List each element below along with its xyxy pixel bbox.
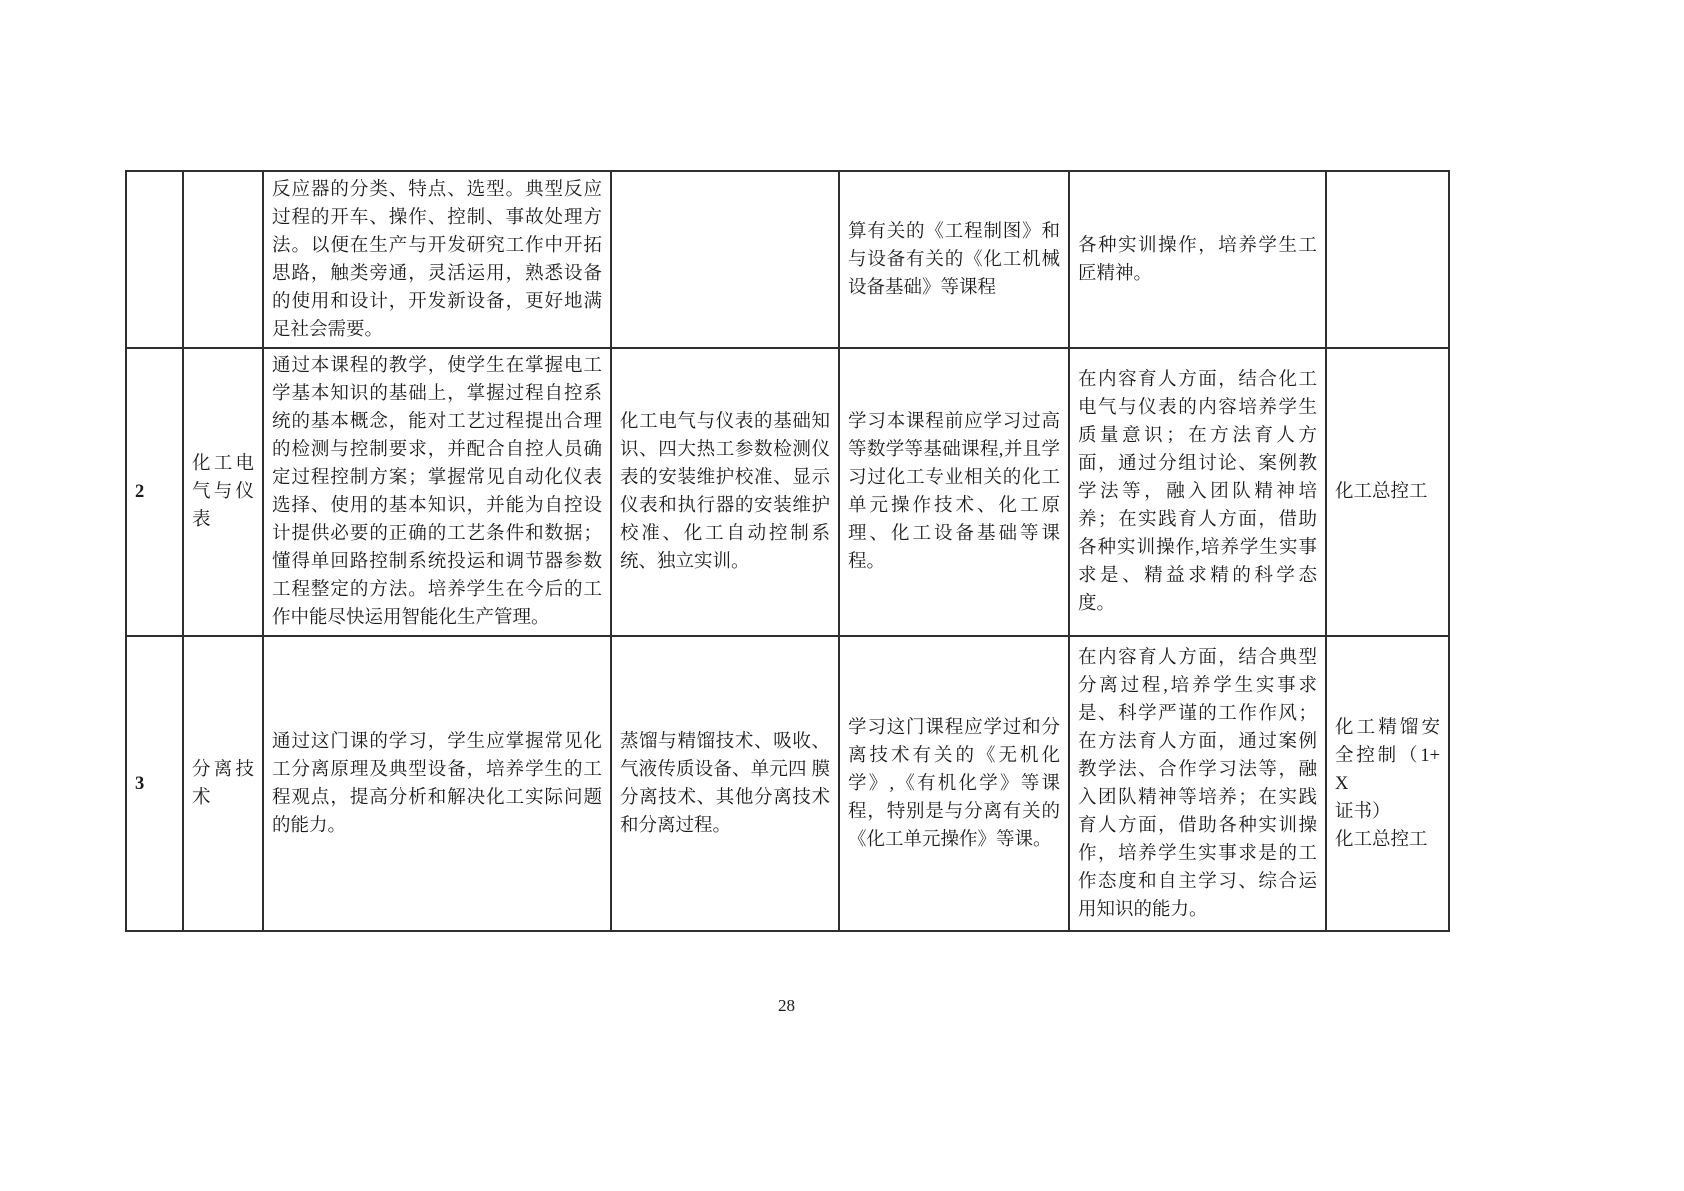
page-number: 28 <box>125 995 1448 1017</box>
row1-prerequisites-cell: 算有关的《工程制图》和与设备有关的《化工机械设备基础》等课程 <box>839 171 1069 348</box>
row1-number-cell <box>126 171 183 348</box>
row3-content-cell: 蒸馏与精馏技术、吸收、气液传质设备、单元四 膜分离技术、其他分离技术和分离过程。 <box>611 636 839 931</box>
row1-course-name-cell <box>183 171 263 348</box>
row2-content-cell: 化工电气与仪表的基础知识、四大热工参数检测仪表的安装维护校准、显示仪表和执行器的… <box>611 348 839 636</box>
row1-certificate-cell <box>1326 171 1449 348</box>
table-container: 反应器的分类、特点、选型。典型反应过程的开车、操作、控制、事故处理方法。以便在生… <box>125 170 1448 932</box>
table-row: 3 分离技术 通过这门课的学习，学生应掌握常见化工分离原理及典型设备，培养学生的… <box>126 636 1449 931</box>
row2-number-cell: 2 <box>126 348 183 636</box>
row2-moral-education-cell: 在内容育人方面，结合化工电气与仪表的内容培养学生质量意识；在方法育人方面，通过分… <box>1069 348 1326 636</box>
row1-content-cell <box>611 171 839 348</box>
table-row: 反应器的分类、特点、选型。典型反应过程的开车、操作、控制、事故处理方法。以便在生… <box>126 171 1449 348</box>
row3-moral-education-cell: 在内容育人方面，结合典型分离过程,培养学生实事求是、科学严谨的工作作风；在方法育… <box>1069 636 1326 931</box>
row3-prerequisites-cell: 学习这门课程应学过和分离技术有关的《无机化学》,《有机化学》等课程，特别是与分离… <box>839 636 1069 931</box>
row1-description-cell: 反应器的分类、特点、选型。典型反应过程的开车、操作、控制、事故处理方法。以便在生… <box>263 171 611 348</box>
row3-number-cell: 3 <box>126 636 183 931</box>
row1-moral-education-cell: 各种实训操作，培养学生工匠精神。 <box>1069 171 1326 348</box>
row2-certificate-cell: 化工总控工 <box>1326 348 1449 636</box>
table-row: 2 化工电气与仪表 通过本课程的教学，使学生在掌握电工学基本知识的基础上，掌握过… <box>126 348 1449 636</box>
row3-course-name-cell: 分离技术 <box>183 636 263 931</box>
curriculum-table: 反应器的分类、特点、选型。典型反应过程的开车、操作、控制、事故处理方法。以便在生… <box>125 170 1450 932</box>
row2-prerequisites-cell: 学习本课程前应学习过高等数学等基础课程,并且学习过化工专业相关的化工单元操作技术… <box>839 348 1069 636</box>
row2-course-name-cell: 化工电气与仪表 <box>183 348 263 636</box>
row3-certificate-cell: 化工精馏安全控制（1+X 证书） 化工总控工 <box>1326 636 1449 931</box>
row3-description-cell: 通过这门课的学习，学生应掌握常见化工分离原理及典型设备，培养学生的工程观点，提高… <box>263 636 611 931</box>
document-page: 反应器的分类、特点、选型。典型反应过程的开车、操作、控制、事故处理方法。以便在生… <box>0 0 1684 1191</box>
row2-description-cell: 通过本课程的教学，使学生在掌握电工学基本知识的基础上，掌握过程自控系统的基本概念… <box>263 348 611 636</box>
